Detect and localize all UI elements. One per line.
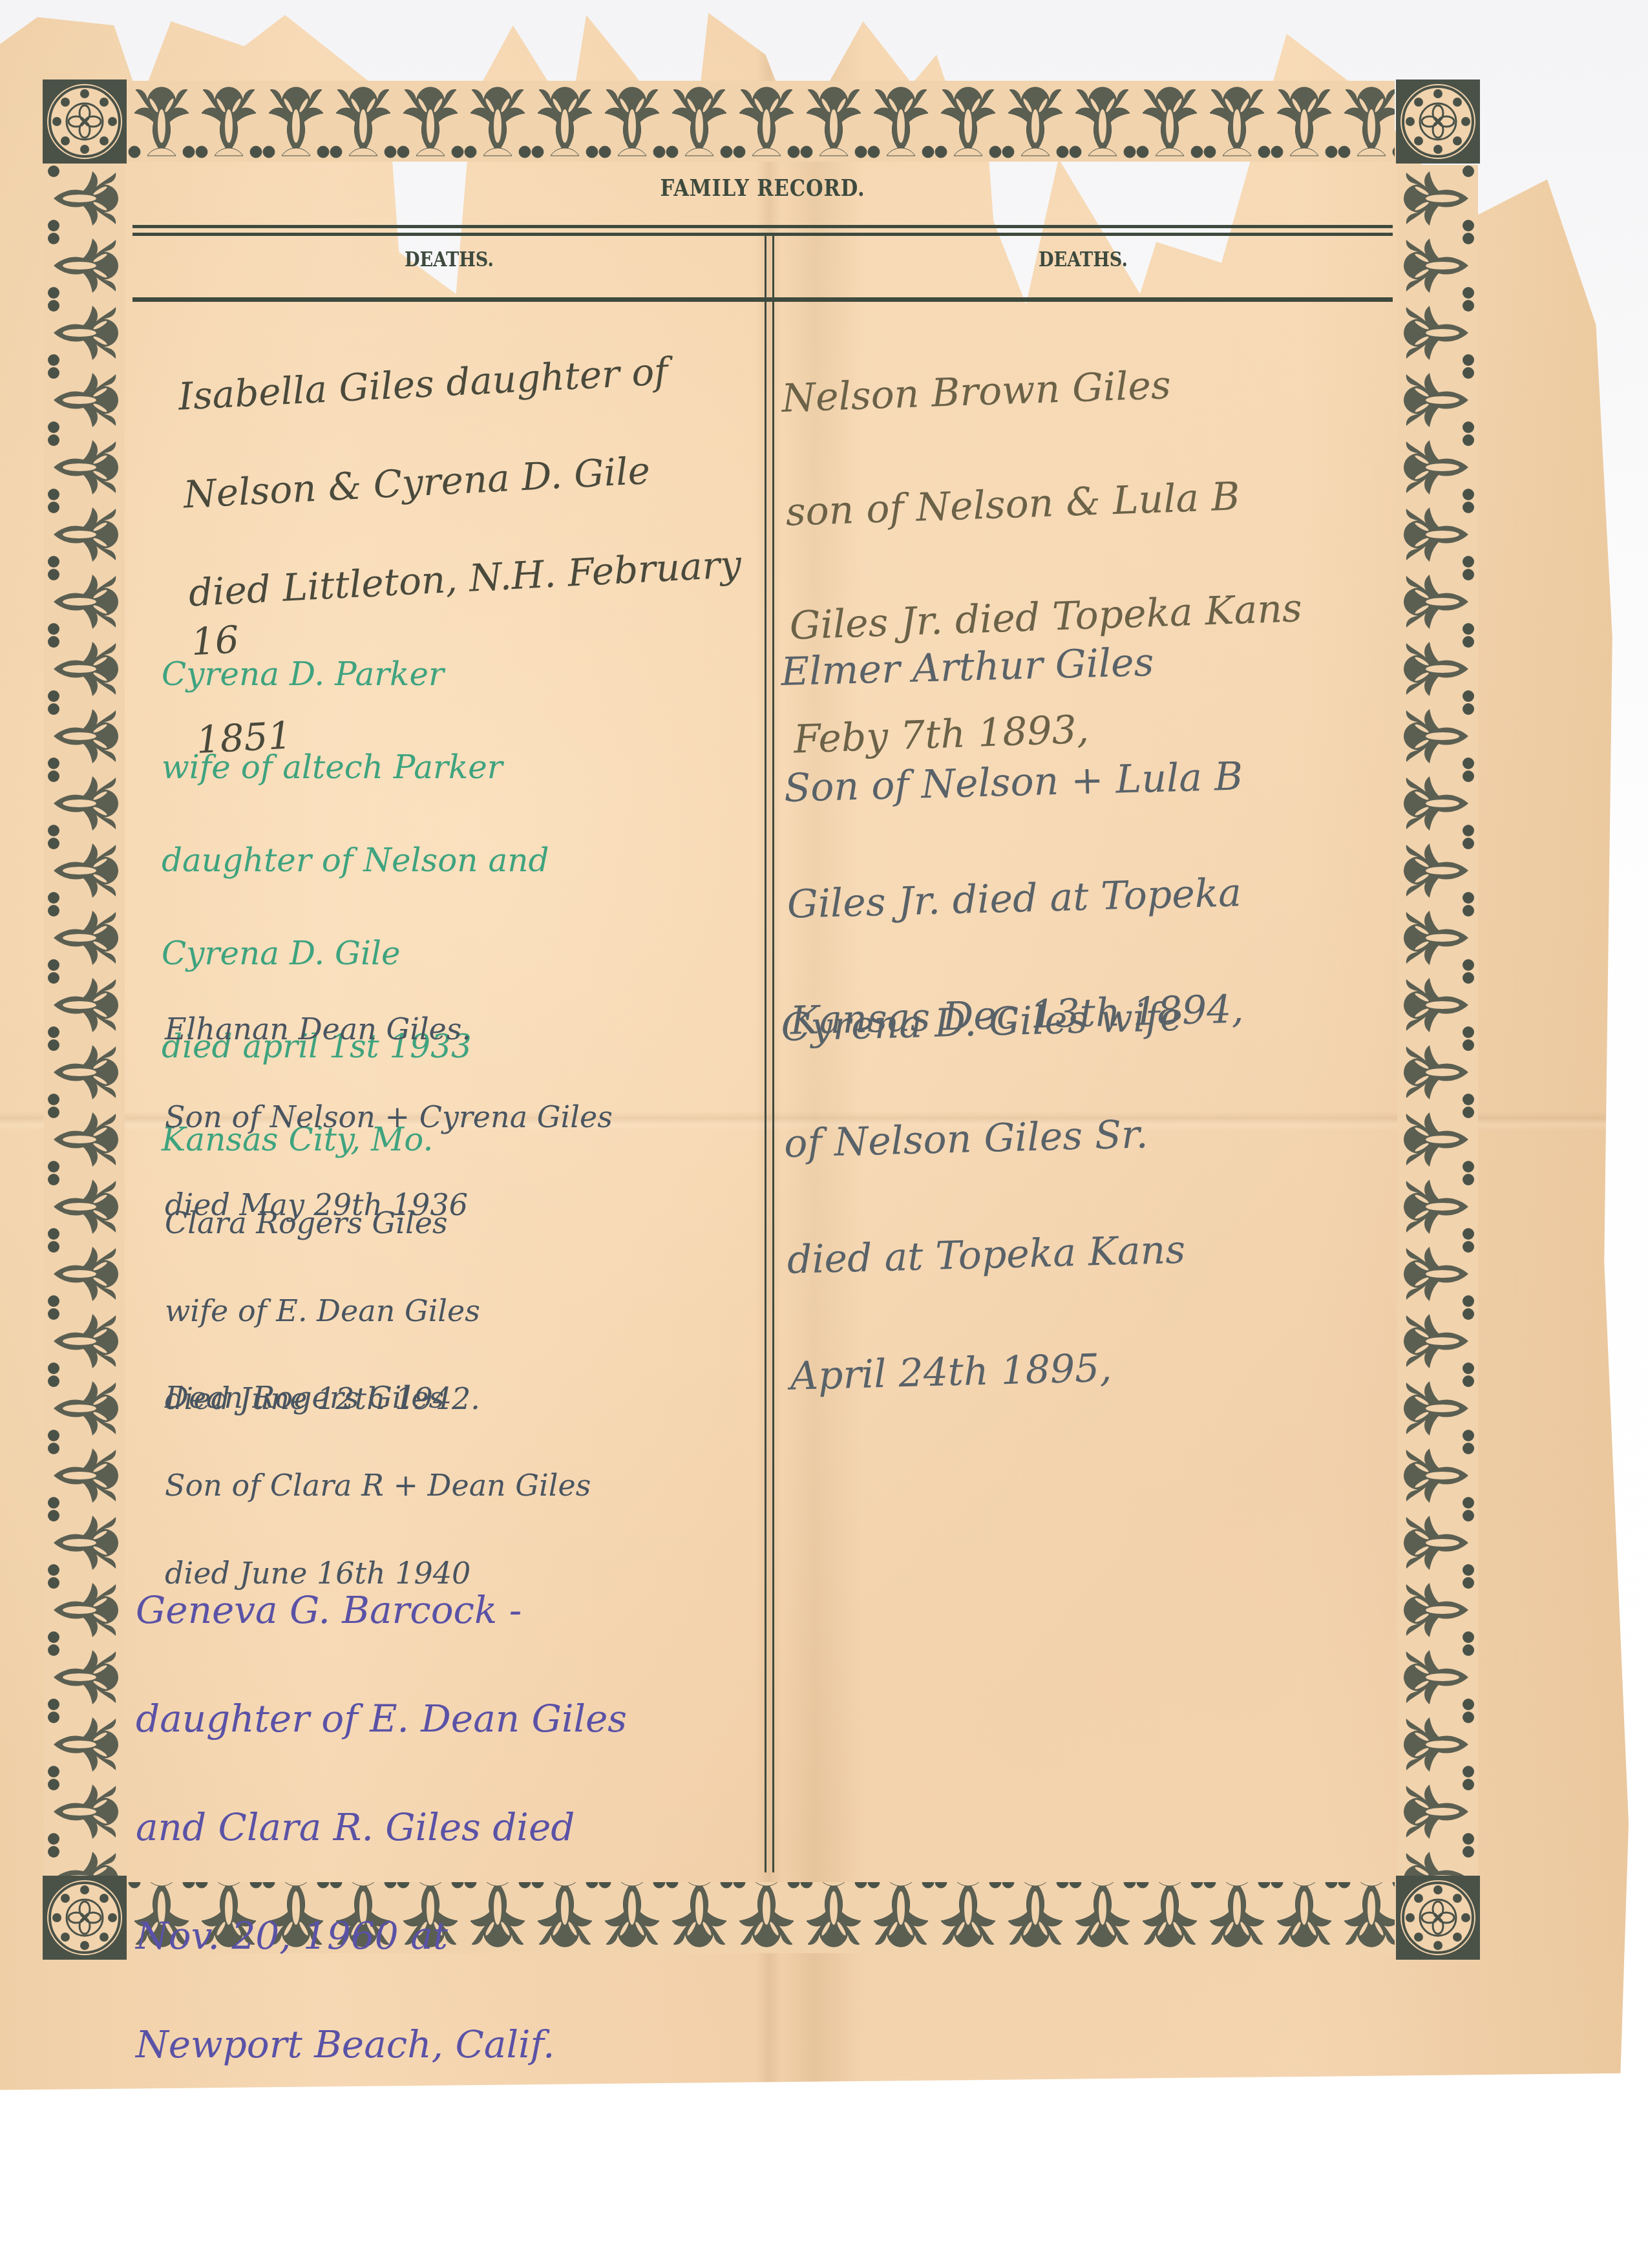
death-entry: Cyrena D. Giles wife of Nelson Giles Sr.…	[779, 924, 1413, 1464]
entry-line: Giles Jr. died at Topeka	[787, 860, 1408, 934]
entry-line: Isabella Giles daughter of	[177, 342, 761, 421]
entry-line: Geneva G. Barcock -	[136, 1583, 756, 1637]
ornamental-border-left	[44, 165, 125, 1881]
column-divider-line-2	[772, 234, 774, 1872]
entry-line: Son of Nelson + Lula B	[783, 743, 1405, 818]
entry-line: Nelson Brown Giles	[781, 348, 1402, 427]
corner-rosette-top-right	[1396, 79, 1480, 164]
entry-line: Nelson & Cyrena D. Gile	[182, 440, 766, 520]
entry-line: and Clara R. Giles died	[136, 1800, 756, 1854]
vertical-fold-crease	[756, 13, 782, 2107]
entry-line: Dean Rogers Giles	[165, 1375, 759, 1419]
entry-line: Cyrena D. Giles wife	[780, 982, 1402, 1057]
entry-line: Son of Nelson + Cyrena Giles	[165, 1095, 759, 1139]
column-heading-right: DEATHS.	[819, 247, 1347, 271]
header-rule-top	[132, 225, 1393, 228]
entry-line: Son of Clara R + Dean Giles	[165, 1463, 759, 1507]
entry-line: son of Nelson & Lula B	[785, 462, 1406, 540]
entry-line: daughter of E. Dean Giles	[136, 1691, 756, 1746]
entry-line: Nov. 20, 1960 at	[136, 1909, 756, 1963]
corner-rosette-bottom-right	[1396, 1876, 1480, 1960]
entry-line: Elhanan Dean Giles.	[165, 1007, 759, 1051]
entry-line: Cyrena D. Parker	[162, 651, 743, 697]
ornamental-border-top	[128, 81, 1395, 162]
corner-rosette-top-left	[43, 79, 127, 164]
header-rule-bottom	[132, 233, 1393, 236]
entry-line: wife of altech Parker	[162, 744, 743, 790]
entry-line: wife of E. Dean Giles	[165, 1289, 759, 1333]
column-heading-left: DEATHS.	[180, 247, 719, 271]
page-title: FAMILY RECORD.	[222, 175, 1304, 202]
corner-rosette-bottom-left	[43, 1876, 127, 1960]
entry-line: April 24th 1895,	[789, 1331, 1411, 1406]
entry-line: died at Topeka Kans	[787, 1215, 1408, 1289]
death-entry: Geneva G. Barcock - daughter of E. Dean …	[136, 1529, 756, 2126]
entry-line: Clara Rogers Giles	[165, 1201, 759, 1245]
entry-line: of Nelson Giles Sr.	[783, 1099, 1405, 1173]
entry-line: Elmer Arthur Giles	[780, 627, 1402, 701]
entry-line: daughter of Nelson and	[162, 837, 743, 884]
entry-line: Newport Beach, Calif.	[136, 2017, 756, 2072]
